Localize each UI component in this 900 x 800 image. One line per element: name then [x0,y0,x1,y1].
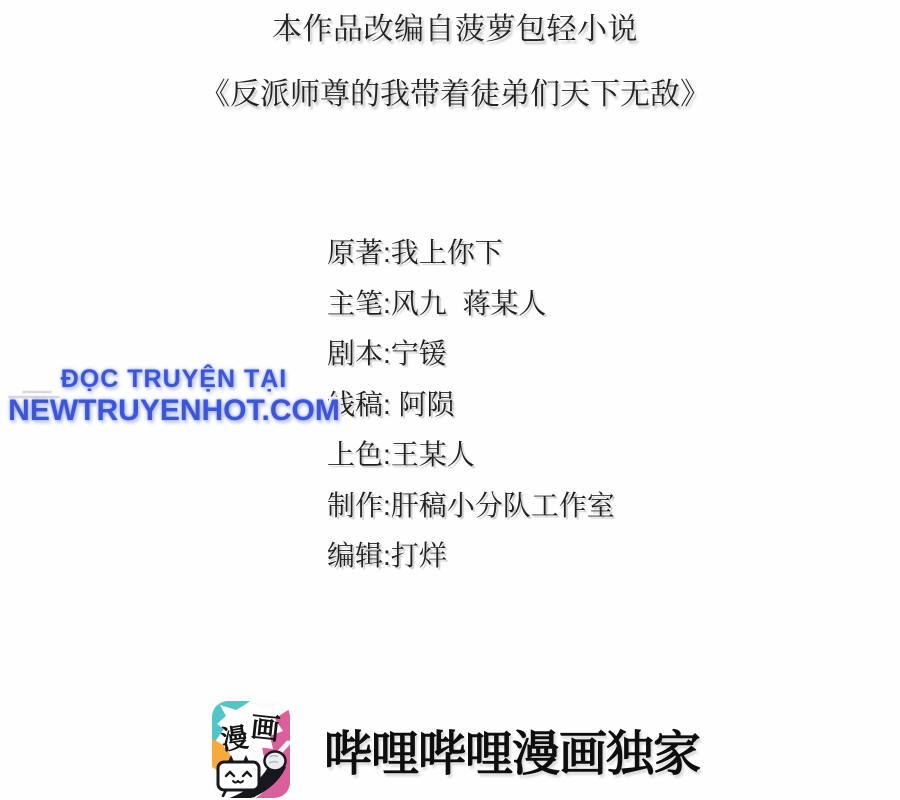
credit-editor: 编辑:打烊 [327,531,615,582]
tv-mascot [218,755,259,796]
logo-char-man: 漫 [219,722,250,755]
platform-exclusive-text: 哔哩哔哩漫画独家 [324,727,700,783]
illegible-microtext [8,391,64,398]
bilibili-manga-app-icon: 漫 画 [212,701,290,798]
logo-char-hua: 画 [249,711,281,747]
credit-coloring: 上色:王某人 [327,430,615,481]
credits-list: 原著:我上你下 主笔:风九 蒋某人 剧本:宁锾 线稿: 阿陨 上色:王某人 制作… [327,228,615,582]
credit-lineart: 线稿: 阿陨 [327,380,615,431]
credit-production: 制作:肝稿小分队工作室 [327,481,615,532]
adaptation-note: 本作品改编自菠萝包轻小说 [10,13,900,47]
watermark-line1: ĐỌC TRUYỆN TẠI [6,367,342,392]
novel-title: 《反派师尊的我带着徒弟们天下无敌》 [10,77,900,113]
watermark-line2: NEWTRUYENHOT.COM [6,396,342,426]
comic-credits-page: 本作品改编自菠萝包轻小说 《反派师尊的我带着徒弟们天下无敌》 原著:我上你下 主… [0,0,900,800]
credit-original-author: 原著:我上你下 [327,228,615,279]
credit-lead-artist: 主笔:风九 蒋某人 [327,279,615,330]
credit-script: 剧本:宁锾 [327,329,615,380]
